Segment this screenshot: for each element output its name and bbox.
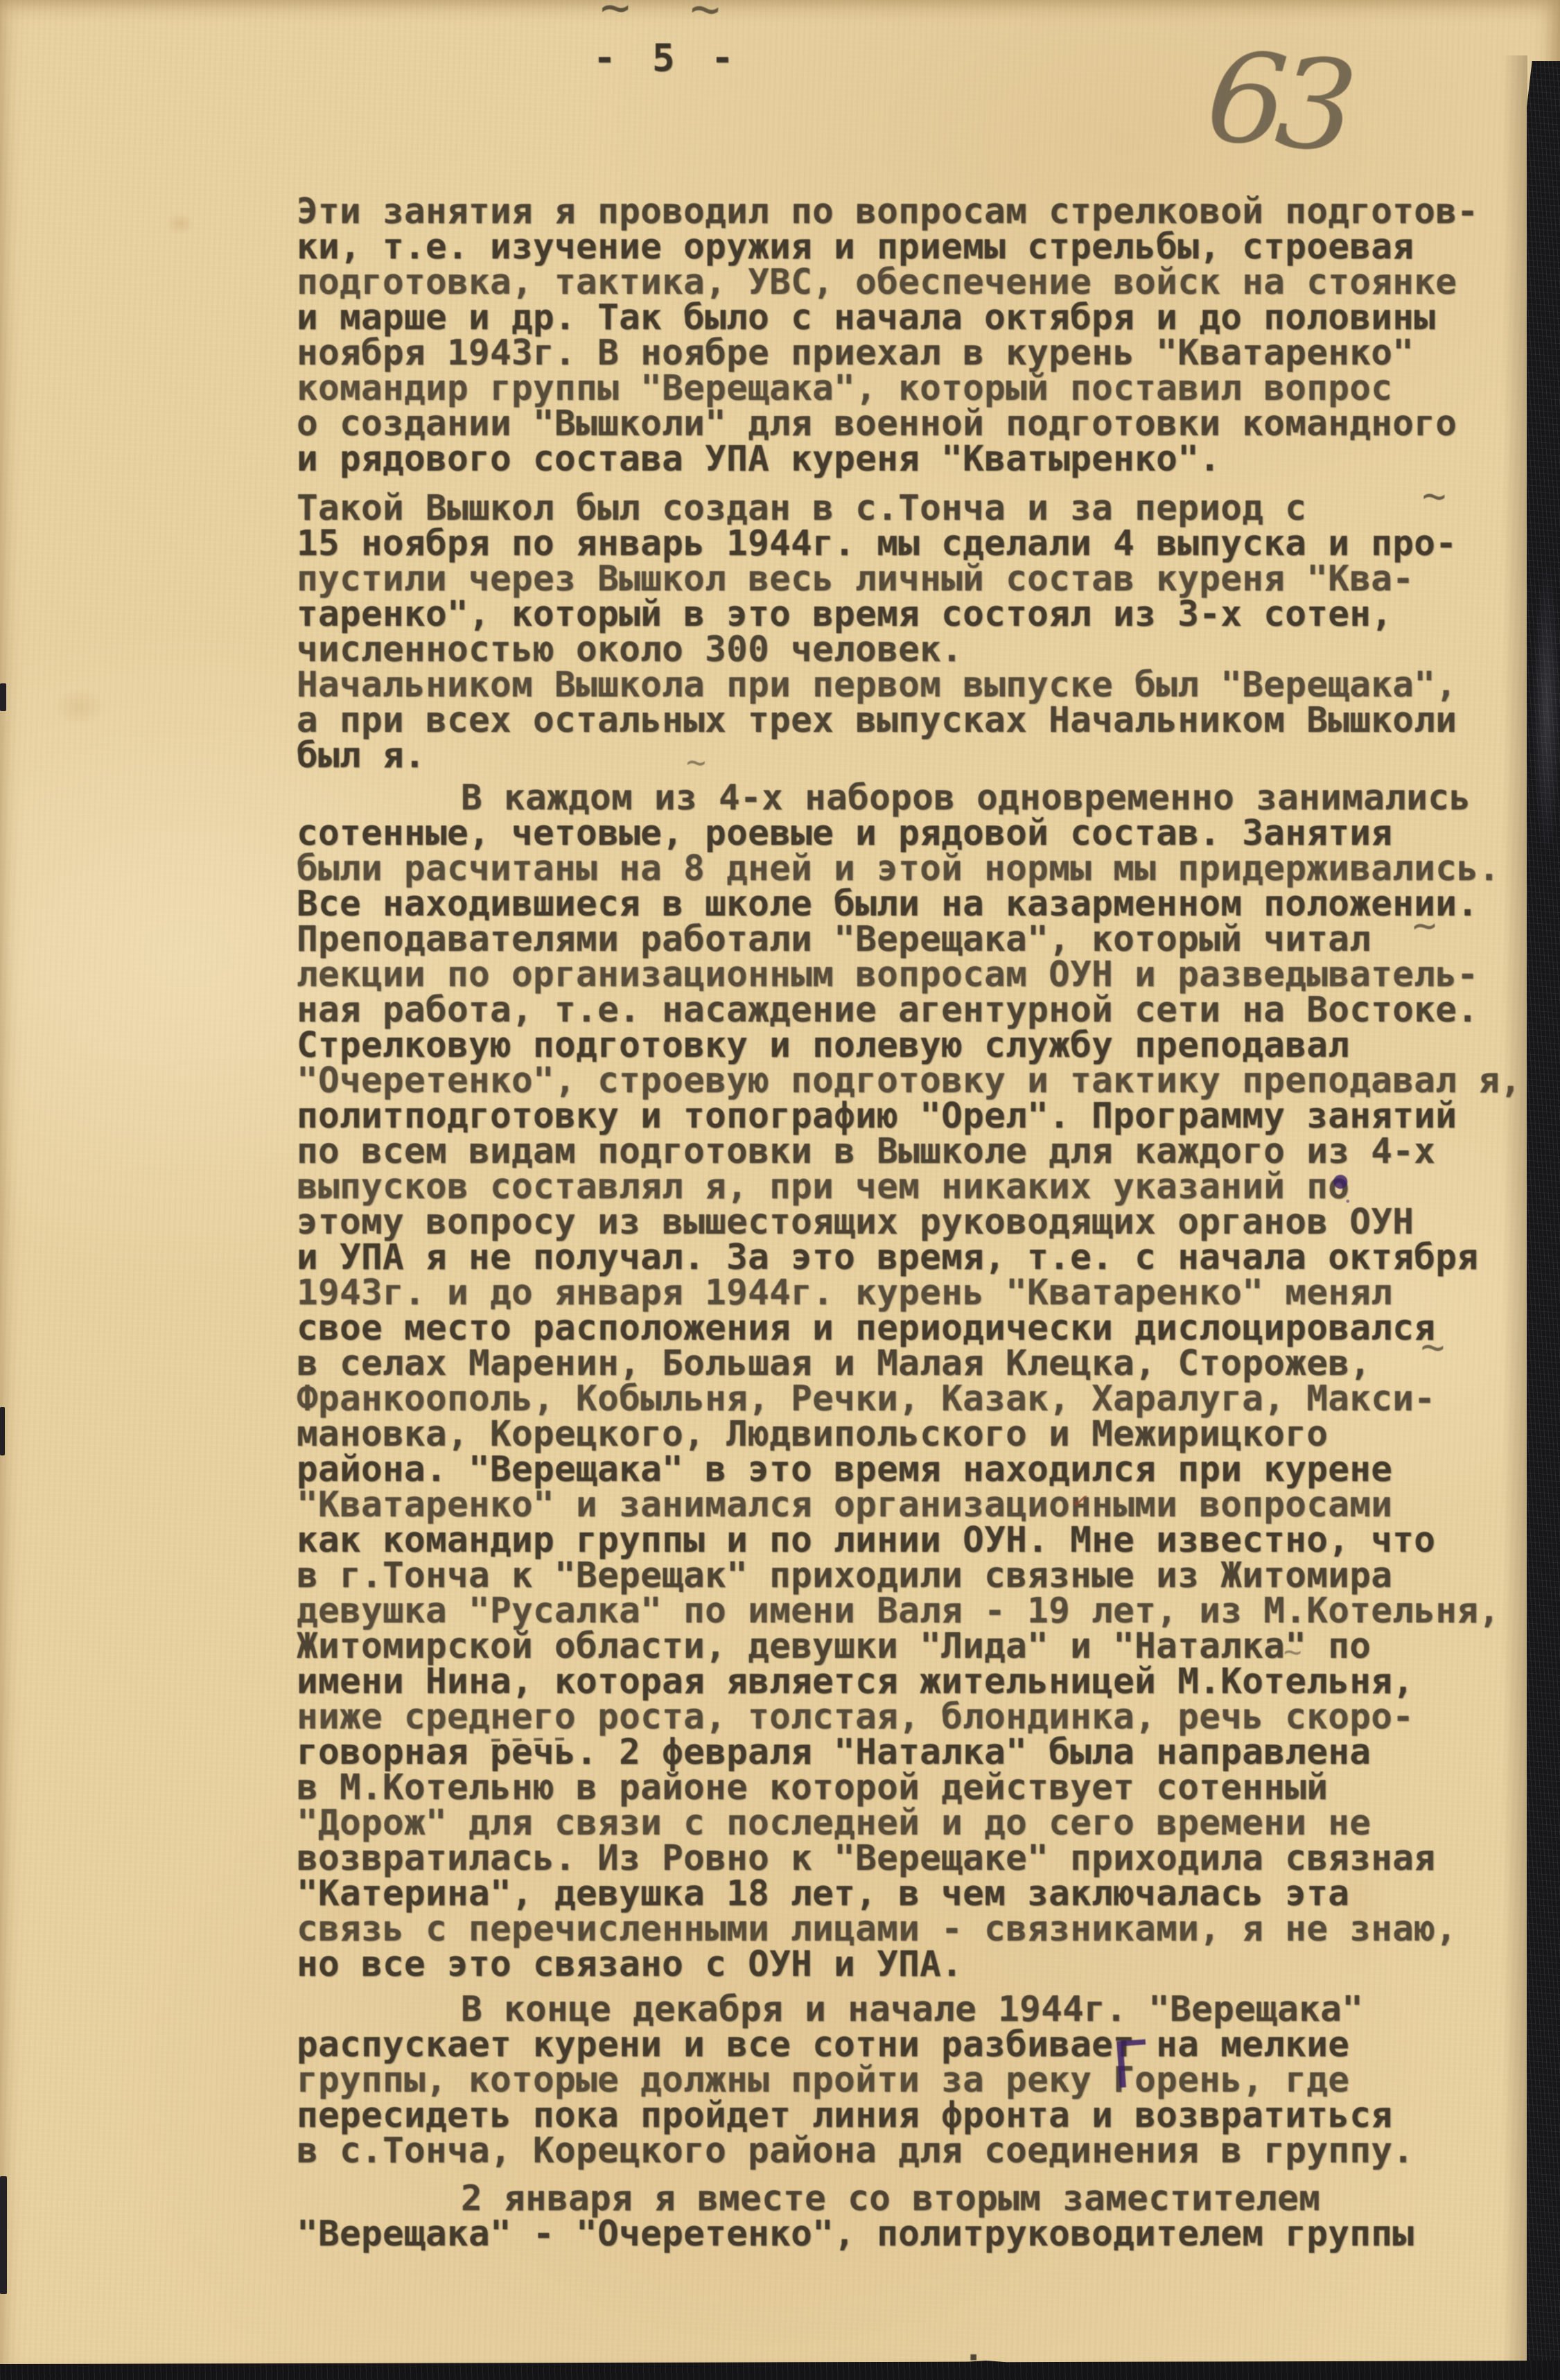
text-line: имени Нина, которая является жительницей… [297,1664,1544,1699]
text-line: сотенные, четовые, роевые и рядовой сост… [297,816,1544,851]
page-number: - 5 - [593,36,741,80]
text-line: выпусков составлял я, при чем никаких ук… [297,1169,1544,1205]
paragraph: В каждом из 4-х наборов одновременно зан… [297,780,1544,1982]
text-line: Преподавателями работали "Верещака", кот… [297,922,1544,957]
text-line: группы, которые должны пройти за реку Го… [297,2063,1544,2098]
paper-stain [159,208,201,240]
text-line: Все находившиеся в школе были на казарме… [297,886,1544,922]
text-line: В каждом из 4-х наборов одновременно зан… [297,780,1544,816]
text-line: возвратилась. Из Ровно к "Верещаке" прих… [297,1841,1544,1876]
scanned-document-page: { "page": { "page_number": "- 5 -", "han… [0,0,1560,2380]
text-line: численностью около 300 человек. [297,632,1544,667]
text-line: девушка "Русалка" по имени Валя - 19 лет… [297,1593,1544,1629]
text-line: "Катерина", девушка 18 лет, в чем заключ… [297,1876,1544,1911]
text-line: 15 ноября по январь 1944г. мы сделали 4 … [297,526,1544,561]
text-line: был я. [297,738,1544,773]
text-line: 2 января я вместе со вторым заместителем [297,2181,1544,2216]
text-line: по всем видам подготовки в Вышколе для к… [297,1134,1544,1169]
text-line: "Кватаренко" и занимался организационным… [297,1487,1544,1523]
text-line: и УПА я не получал. За это время, т.е. с… [297,1240,1544,1275]
text-line: как командир группы и по линии ОУН. Мне … [297,1523,1544,1558]
text-line: подготовка, тактика, УВС, обеспечение во… [297,265,1544,300]
text-line: распускает курени и все сотни разбивает … [297,2027,1544,2063]
text-line: "Очеретенко", строевую подготовку и такт… [297,1063,1544,1099]
text-line: этому вопросу из вышестоящих руководящих… [297,1205,1544,1240]
text-line: связь с перечисленными лицами - связника… [297,1911,1544,1947]
text-line: в М.Котельню в районе которой действует … [297,1770,1544,1805]
text-line: Такой Вышкол был создан в с.Тонча и за п… [297,491,1544,526]
text-line: 1943г. и до января 1944г. курень "Кватар… [297,1275,1544,1311]
text-line: таренко", который в это время состоял из… [297,597,1544,632]
text-line: и марше и др. Так было с начала октября … [297,300,1544,335]
text-line: лекции по организационным вопросам ОУН и… [297,957,1544,992]
text-line: а при всех остальных трех выпусках Начал… [297,703,1544,738]
text-line: в г.Тонча к "Верещак" приходили связные … [297,1558,1544,1593]
text-line: и рядового состава УПА куреня "Кватыренк… [297,441,1544,477]
text-line: мановка, Корецкого, Людвипольского и Меж… [297,1417,1544,1452]
text-line: ная работа, т.е. насаждение агентурной с… [297,992,1544,1028]
text-line: пересидеть пока пройдет линия фронта и в… [297,2098,1544,2133]
text-line: ноября 1943г. В ноябре приехал в курень … [297,335,1544,371]
text-line: в с.Тонча, Корецкого района для соединен… [297,2133,1544,2169]
paragraph: Эти занятия я проводил по вопросам стрел… [297,194,1544,477]
scanner-bed-left-sliver [0,683,6,711]
text-line: были расчитаны на 8 дней и этой нормы мы… [297,851,1544,886]
paragraph: 2 января я вместе со вторым заместителем… [297,2181,1544,2252]
text-line: "Дорож" для связи с последней и до сего … [297,1805,1544,1841]
scanner-bed-left-sliver [0,2176,7,2294]
paper-stain [42,679,118,735]
handwritten-folio-number: 63 [1202,35,1352,171]
typewritten-text-block: Эти занятия я проводил по вопросам стрел… [297,194,1544,2252]
text-line: Начальником Вышкола при первом выпуске б… [297,667,1544,703]
text-line: свое место расположения и периодически д… [297,1311,1544,1346]
text-line: Эти занятия я проводил по вопросам стрел… [297,194,1544,229]
text-line: пустили через Вышкол весь личный состав … [297,561,1544,597]
text-line: ниже среднего роста, толстая, блондинка,… [297,1699,1544,1735]
paragraph: Такой Вышкол был создан в с.Тонча и за п… [297,491,1544,773]
text-line: политподготовку и топографию "Орел". Про… [297,1099,1544,1134]
text-line: Стрелковую подготовку и полевую службу п… [297,1028,1544,1063]
text-line: но все это связано с ОУН и УПА. [297,1947,1544,1982]
scanner-bed-right-edge [1527,61,1560,2380]
text-line: говорная речь. 2 февраля "Наталка" была … [297,1735,1544,1770]
text-line: "Верещака" - "Очеретенко", политруководи… [297,2216,1544,2252]
text-line: Франкоополь, Кобыльня, Речки, Казак, Хар… [297,1381,1544,1417]
text-line: о создании "Вышколи" для военной подгото… [297,406,1544,441]
paper-edge-shadow [1502,55,1527,2380]
text-line: района. "Верещака" в это время находился… [297,1452,1544,1487]
paragraph: В конце декабря и начале 1944г. "Верещак… [297,1992,1544,2169]
scanner-bed-left-sliver [0,1407,5,1455]
text-line: Житомирской области, девушки "Лида" и "Н… [297,1629,1544,1664]
text-line: командир группы "Верещака", который пост… [297,371,1544,406]
text-line: В конце декабря и начале 1944г. "Верещак… [297,1992,1544,2027]
text-line: ки, т.е. изучение оружия и приемы стрель… [297,229,1544,265]
text-line: в селах Маренин, Большая и Малая Клецка,… [297,1346,1544,1381]
